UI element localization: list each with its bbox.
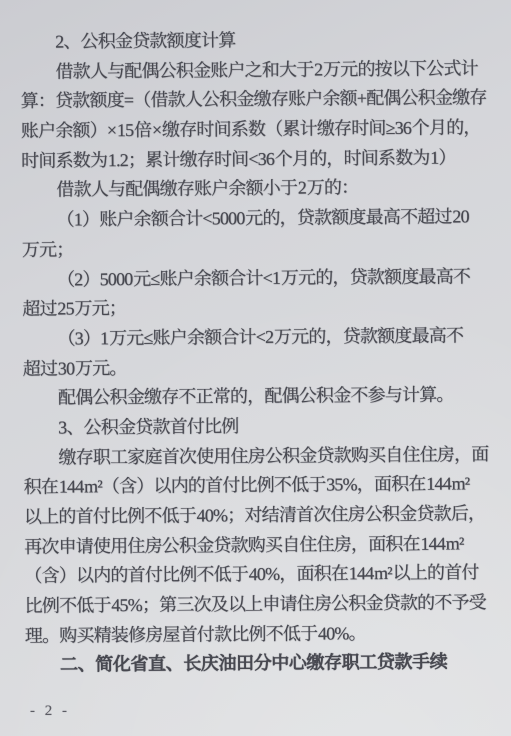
document-line: 借款人与配偶缴存账户余额小于 2 万的： bbox=[21, 173, 500, 206]
document-line: 时间系数为 1.2；累计缴存时间<36 个月的，时间系数为 1） bbox=[21, 143, 500, 176]
document-page: 2、公积金贷款额度计算借款人与配偶公积金账户之和大于 2 万元的按以下公式计算：… bbox=[0, 0, 511, 736]
document-line: 3、公积金贷款首付比例 bbox=[23, 410, 502, 443]
document-line: 理。购买精装修房屋首付款比例不低于 40%。 bbox=[25, 618, 504, 651]
document-line: 二、简化省直、长庆油田分中心缴存职工贷款手续 bbox=[25, 647, 504, 680]
document-line: 借款人与配偶公积金账户之和大于 2 万元的按以下公式计 bbox=[20, 54, 499, 87]
document-line: 配偶公积金缴存不正常的，配偶公积金不参与计算。 bbox=[23, 380, 502, 413]
document-line: （3）1 万元≤账户余额合计<2 万元的，贷款额度最高不 bbox=[22, 321, 501, 354]
document-line: 积在 144 m²（含）以内的首付比例不低于 35%，面积在 144 m² bbox=[24, 469, 503, 502]
document-line: 超过 30 万元。 bbox=[23, 351, 502, 384]
document-line: （1）账户余额合计<5000 元的，贷款额度最高不超过 20 bbox=[21, 202, 500, 235]
document-line: 缴存职工家庭首次使用住房公积金贷款购买自住住房，面 bbox=[23, 440, 502, 473]
document-line: 比例不低于 45%；第三次及以上申请住房公积金贷款的不予受 bbox=[25, 588, 504, 621]
document-line: 2、公积金贷款额度计算 bbox=[20, 24, 499, 57]
document-line: 算：贷款额度=（借款人公积金缴存账户余额+配偶公积金缴存 bbox=[21, 83, 500, 116]
document-line: 万元； bbox=[22, 232, 501, 265]
scanned-content: 2、公积金贷款额度计算借款人与配偶公积金账户之和大于 2 万元的按以下公式计算：… bbox=[0, 0, 511, 681]
document-line: 超过 25 万元； bbox=[22, 291, 501, 324]
document-line: 再次申请使用住房公积金贷款购买自住住房，面积在 144 m² bbox=[24, 529, 503, 562]
document-line: 以上的首付比例不低于 40%；对结清首次住房公积金贷款后， bbox=[24, 499, 503, 532]
document-line: （含）以内的首付比例不低于 40%，面积在 144 m² 以上的首付 bbox=[24, 558, 503, 591]
document-line: （2）5000 元≤账户余额合计<1 万元的，贷款额度最高不 bbox=[22, 262, 501, 295]
page-number: - 2 - bbox=[30, 703, 70, 720]
document-body: 2、公积金贷款额度计算借款人与配偶公积金账户之和大于 2 万元的按以下公式计算：… bbox=[0, 0, 511, 681]
document-line: 账户余额）× 15 倍 × 缴存时间系数（累计缴存时间≥36 个月的， bbox=[21, 113, 500, 146]
